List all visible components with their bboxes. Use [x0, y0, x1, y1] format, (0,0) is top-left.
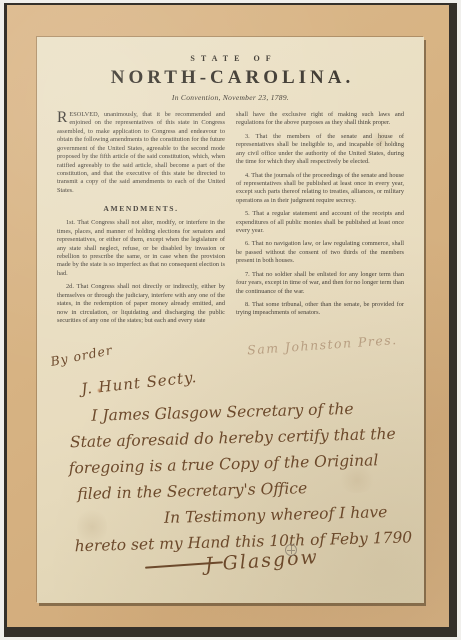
- resolution-text: ESOLVED, unanimously, that it be recomme…: [57, 111, 225, 194]
- amendment-2: 2d. That Congress shall not directly or …: [57, 283, 225, 325]
- document-sheet: STATE OF NORTH-CAROLINA. In Convention, …: [37, 37, 424, 603]
- amendment-5-text: That a regular statement and account of …: [236, 210, 404, 234]
- drop-cap: R: [57, 111, 69, 124]
- by-order-note: By order: [49, 342, 114, 369]
- amendment-7-label: 7.: [245, 271, 250, 278]
- amendment-8-text: That some tribunal, other than the senat…: [236, 301, 404, 316]
- amendment-8-label: 8.: [245, 301, 250, 308]
- amendment-1-text: That Congress shall not alter, modify, o…: [57, 219, 225, 277]
- certification-block: I James Glasgow Secretary of the State a…: [53, 394, 417, 559]
- amendments-heading: AMENDMENTS.: [57, 204, 225, 214]
- mat-board: STATE OF NORTH-CAROLINA. In Convention, …: [7, 5, 449, 627]
- continuation-paragraph: shall have the exclusive right of making…: [236, 111, 404, 128]
- amendment-4: 4. That the journals of the proceedings …: [236, 172, 404, 206]
- printed-columns: RESOLVED, unanimously, that it be recomm…: [37, 102, 424, 330]
- pencil-circle-mark: [285, 544, 297, 556]
- amendment-6: 6. That no navigation law, or law regula…: [236, 240, 404, 265]
- amendment-3: 3. That the members of the senate and ho…: [236, 133, 404, 167]
- amendment-5: 5. That a regular statement and account …: [236, 210, 404, 235]
- amendment-3-label: 3.: [245, 133, 250, 140]
- resolution-paragraph: RESOLVED, unanimously, that it be recomm…: [57, 111, 225, 195]
- document-header: STATE OF NORTH-CAROLINA. In Convention, …: [37, 37, 424, 102]
- photo-dark-edge: STATE OF NORTH-CAROLINA. In Convention, …: [4, 3, 457, 637]
- amendment-3-text: That the members of the senate and house…: [236, 133, 404, 165]
- secretary-attest: J. Hunt Secty.: [80, 368, 198, 398]
- scanned-photo: STATE OF NORTH-CAROLINA. In Convention, …: [0, 0, 461, 640]
- amendment-2-text: That Congress shall not directly or indi…: [57, 283, 225, 324]
- amendment-4-text: That the journals of the proceedings of …: [236, 172, 404, 204]
- amendment-6-text: That no navigation law, or law regulatin…: [236, 240, 404, 264]
- amendment-1-label: 1st.: [66, 219, 75, 226]
- amendment-5-label: 5.: [245, 210, 250, 217]
- amendment-6-label: 6.: [245, 240, 250, 247]
- document-title: NORTH-CAROLINA.: [37, 67, 424, 89]
- convention-dateline: In Convention, November 23, 1789.: [37, 93, 424, 102]
- amendment-4-label: 4.: [245, 172, 250, 179]
- amendment-8: 8. That some tribunal, other than the se…: [236, 301, 404, 318]
- right-column: shall have the exclusive right of making…: [236, 111, 404, 330]
- amendment-7: 7. That no soldier shall be enlisted for…: [236, 271, 404, 296]
- amendment-7-text: That no soldier shall be enlisted for an…: [236, 271, 404, 295]
- amendment-2-label: 2d.: [66, 283, 74, 290]
- amendment-1: 1st. That Congress shall not alter, modi…: [57, 219, 225, 278]
- left-column: RESOLVED, unanimously, that it be recomm…: [57, 111, 225, 330]
- president-signature: Sam Johnston Pres.: [247, 330, 433, 358]
- state-of-line: STATE OF: [37, 54, 424, 63]
